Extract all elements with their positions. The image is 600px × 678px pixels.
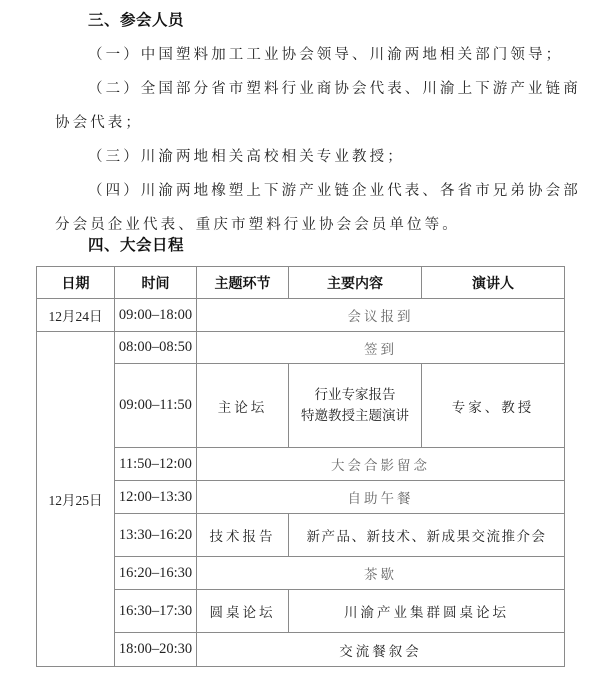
attendee-item-4-cont: 分会员企业代表、重庆市塑料行业协会会员单位等。 <box>55 213 460 234</box>
attendee-item-4: （四）川渝两地橡塑上下游产业链企业代表、各省市兄弟协会部 <box>88 179 581 200</box>
session-cell: 圆桌论坛 <box>197 590 289 633</box>
table-header-row: 日期 时间 主题环节 主要内容 演讲人 <box>37 267 565 299</box>
table-row: 12月25日 08:00–08:50 签到 <box>37 332 565 364</box>
date-cell: 12月25日 <box>37 332 115 667</box>
content-cell: 新产品、新技术、新成果交流推介会 <box>289 514 565 557</box>
time-cell: 09:00–18:00 <box>115 299 197 332</box>
date-cell: 12月24日 <box>37 299 115 332</box>
table-row: 18:00–20:30 交流餐叙会 <box>37 633 565 667</box>
time-cell: 18:00–20:30 <box>115 633 197 667</box>
header-time: 时间 <box>115 267 197 299</box>
speaker-cell: 专家、教授 <box>422 364 565 448</box>
content-cell: 自助午餐 <box>197 481 565 514</box>
content-cell: 行业专家报告 特邀教授主题演讲 <box>289 364 422 448</box>
content-cell: 交流餐叙会 <box>197 633 565 667</box>
table-row: 11:50–12:00 大会合影留念 <box>37 448 565 481</box>
time-cell: 09:00–11:50 <box>115 364 197 448</box>
time-cell: 08:00–08:50 <box>115 332 197 364</box>
header-speaker: 演讲人 <box>422 267 565 299</box>
attendee-item-1: （一）中国塑料加工工业协会领导、川渝两地相关部门领导； <box>88 43 563 64</box>
time-cell: 16:20–16:30 <box>115 557 197 590</box>
attendee-item-2-cont: 协会代表； <box>55 111 143 132</box>
content-cell: 大会合影留念 <box>197 448 565 481</box>
content-line: 行业专家报告 <box>289 385 421 406</box>
table-row: 16:30–17:30 圆桌论坛 川渝产业集群圆桌论坛 <box>37 590 565 633</box>
content-cell: 茶歇 <box>197 557 565 590</box>
table-row: 09:00–11:50 主论坛 行业专家报告 特邀教授主题演讲 专家、教授 <box>37 364 565 448</box>
header-date: 日期 <box>37 267 115 299</box>
time-cell: 11:50–12:00 <box>115 448 197 481</box>
time-cell: 16:30–17:30 <box>115 590 197 633</box>
section-3-heading: 三、参会人员 <box>88 8 184 30</box>
time-cell: 12:00–13:30 <box>115 481 197 514</box>
session-cell: 技术报告 <box>197 514 289 557</box>
content-cell: 签到 <box>197 332 565 364</box>
session-cell: 主论坛 <box>197 364 289 448</box>
table-row: 16:20–16:30 茶歇 <box>37 557 565 590</box>
schedule-table: 日期 时间 主题环节 主要内容 演讲人 12月24日 09:00–18:00 会… <box>36 266 565 667</box>
table-row: 12:00–13:30 自助午餐 <box>37 481 565 514</box>
attendee-item-3: （三）川渝两地相关高校相关专业教授； <box>88 145 405 166</box>
section-4-heading: 四、大会日程 <box>88 233 184 255</box>
content-cell: 川渝产业集群圆桌论坛 <box>289 590 565 633</box>
header-content: 主要内容 <box>289 267 422 299</box>
attendee-item-2: （二）全国部分省市塑料行业商协会代表、川渝上下游产业链商 <box>88 77 581 98</box>
content-cell: 会议报到 <box>197 299 565 332</box>
header-session: 主题环节 <box>197 267 289 299</box>
table-row: 13:30–16:20 技术报告 新产品、新技术、新成果交流推介会 <box>37 514 565 557</box>
content-line: 特邀教授主题演讲 <box>289 406 421 427</box>
time-cell: 13:30–16:20 <box>115 514 197 557</box>
table-row: 12月24日 09:00–18:00 会议报到 <box>37 299 565 332</box>
